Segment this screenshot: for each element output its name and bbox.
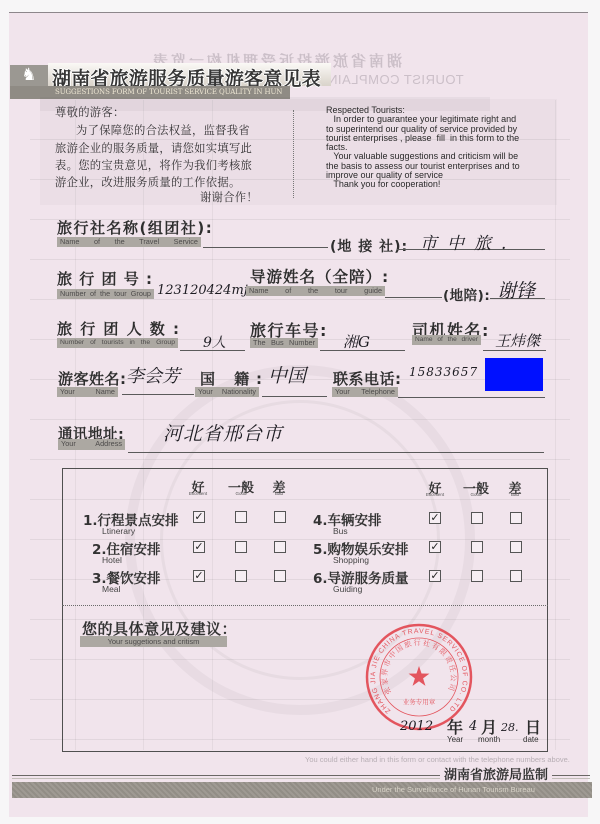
star-icon [409, 666, 430, 686]
date-year-label-en: Year [447, 735, 463, 744]
checkbox-guiding-bad[interactable] [510, 570, 522, 582]
intro-cn-line: 游企业，改进服务质量的工作依据。 [55, 174, 241, 190]
intro-cn-line: 旅游企业的服务质量，请您如实填写此 [55, 140, 252, 156]
driver-value: 王炜傑 [495, 330, 540, 351]
intro-en-line: Thank you for cooperation! [326, 180, 561, 189]
intro-cn-thanks: 谢谢合作！ [200, 189, 258, 205]
intro-divider [293, 110, 294, 198]
checkbox-meal-good[interactable] [235, 570, 247, 582]
col-header-excellent-en: Excellent [420, 492, 450, 497]
rating-item-bus-en: Bus [333, 526, 348, 536]
group-number-value[interactable]: 123120424mj [157, 283, 248, 298]
address-field[interactable] [128, 452, 544, 453]
checkbox-meal-excellent[interactable]: ✓ [193, 570, 205, 582]
checkbox-meal-bad[interactable] [274, 570, 286, 582]
local-guide-value: 谢锋 [497, 276, 535, 303]
intro-cn-line: 为了保障您的合法权益，监督我省 [76, 122, 250, 138]
col-header-good-en: Good [226, 491, 256, 496]
date-month-label-en: month [478, 735, 500, 744]
checkbox-hotel-excellent[interactable]: ✓ [193, 541, 205, 553]
checkbox-itinerary-bad[interactable] [274, 511, 286, 523]
col-header-good-en: Good [461, 492, 491, 497]
footer-issuer: 湖南省旅游局监制 [440, 764, 552, 783]
suggestions-field[interactable] [80, 652, 360, 712]
address-value: 河北省邢台市 [163, 419, 283, 446]
local-agency-label: (地 接 社): [330, 236, 408, 256]
rating-item-itinerary-en: Ltinerary [102, 526, 135, 536]
checkbox-itinerary-excellent[interactable]: ✓ [193, 511, 205, 523]
tourist-name-label-en: Your Name [57, 387, 118, 397]
driver-label-en: Name of the driver [412, 335, 481, 345]
checkbox-shopping-excellent[interactable]: ✓ [429, 541, 441, 553]
bus-number-label-en: The Bus Number [250, 338, 318, 348]
bus-number-value: 湘G [343, 331, 370, 352]
col-header-bad-en: Bad [264, 491, 294, 496]
checkbox-bus-excellent[interactable]: ✓ [429, 512, 441, 524]
date-year-value[interactable]: 2012 [400, 719, 433, 734]
group-size-value: 9人 [203, 332, 226, 352]
checkbox-hotel-good[interactable] [235, 541, 247, 553]
nationality-label-en: Your Nationality [195, 387, 259, 397]
intro-cn-greeting: 尊敬的游客： [55, 104, 125, 120]
nationality-value: 中国 [268, 361, 306, 388]
telephone-label-en: Your Telephone [332, 387, 398, 397]
date-day-label-en: date [523, 735, 539, 744]
footer-note: You could either hand in this form or co… [263, 756, 593, 764]
col-header-excellent-en: Excellent [183, 491, 213, 496]
travel-service-field[interactable] [203, 247, 328, 248]
footer-issuer-en: Under the Surveillance of Hunan Tourism … [372, 785, 535, 794]
checkbox-itinerary-good[interactable] [235, 511, 247, 523]
checkbox-hotel-bad[interactable] [274, 541, 286, 553]
nationality-label: 国 籍: [200, 368, 262, 389]
rating-item-hotel-en: Hotel [102, 555, 122, 565]
date-day-value[interactable]: 28. [501, 721, 519, 734]
tour-guide-label-en: Name of the tour guide [246, 286, 385, 296]
tourist-name-field[interactable] [122, 394, 194, 395]
local-agency-value: 市中旅. [420, 229, 516, 254]
rating-item-meal-en: Meal [102, 584, 120, 594]
seal-bottom-text: 业务专用章 [403, 697, 436, 706]
checkbox-shopping-good[interactable] [471, 541, 483, 553]
date-month-value[interactable]: 4 [469, 719, 477, 734]
checkbox-bus-good[interactable] [471, 512, 483, 524]
group-size-label-en: Number of tourists in the Group [57, 338, 178, 348]
group-size-label: 旅 行 团 人 数 : [57, 318, 179, 339]
rating-item-shopping-en: Shopping [333, 555, 369, 565]
ratings-divider [62, 605, 548, 606]
intro-cn-line: 表。您的宝贵意见，将作为我们考核旅 [55, 157, 252, 173]
nationality-field[interactable] [262, 396, 327, 397]
travel-service-label-en: Name of the Travel Service [57, 237, 201, 247]
horse-icon: ♞ [10, 65, 48, 86]
intro-en-line: tourist enterprises , please fill in thi… [326, 134, 561, 143]
group-number-label-en: Number of the tour Group [57, 289, 154, 299]
rating-item-guiding-en: Guiding [333, 584, 362, 594]
redaction-box [485, 358, 543, 391]
suggestions-label-en: Your suggetions and critism [80, 636, 227, 647]
intro-en-text: Respected Tourists: In order to guarante… [326, 106, 561, 190]
tour-guide-label: 导游姓名（全陪）: [250, 265, 389, 287]
tour-guide-field[interactable] [385, 297, 442, 298]
col-header-bad-en: Bad [500, 492, 530, 497]
tourist-name-label: 游客姓名: [58, 368, 127, 389]
telephone-label: 联系电话: [333, 368, 402, 389]
checkbox-guiding-excellent[interactable]: ✓ [429, 570, 441, 582]
travel-service-label: 旅行社名称(组团社): [57, 217, 213, 238]
checkbox-bus-bad[interactable] [510, 512, 522, 524]
checkbox-guiding-good[interactable] [471, 570, 483, 582]
tourist-name-value: 李会芳 [126, 362, 180, 388]
telephone-field[interactable] [398, 397, 545, 398]
address-label-en: Your Address [58, 439, 125, 450]
group-number-label: 旅 行 团 号 : [57, 268, 152, 289]
checkbox-shopping-bad[interactable] [510, 541, 522, 553]
scanned-form-page: 湖南省旅游投诉受理机构一览表 TOURIST COMPLAINT ACC ♞ 湖… [0, 0, 600, 824]
local-guide-label: (地陪): [443, 284, 490, 304]
telephone-value: 15833657 [409, 365, 478, 379]
